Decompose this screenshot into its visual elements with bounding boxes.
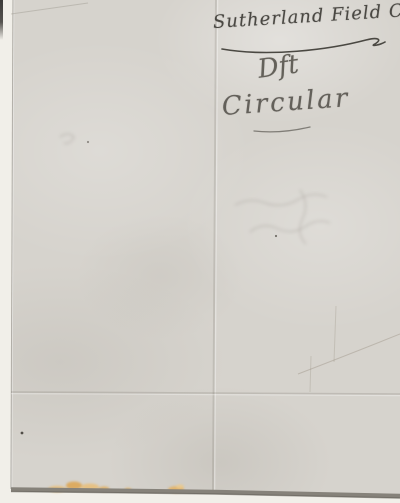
scanned-document: Sutherland Field Club Dft Circular	[0, 0, 400, 503]
handwriting-draft-annotation: Dft	[256, 49, 301, 84]
scan-corner-mark	[0, 0, 3, 40]
letter-paper	[0, 0, 400, 503]
